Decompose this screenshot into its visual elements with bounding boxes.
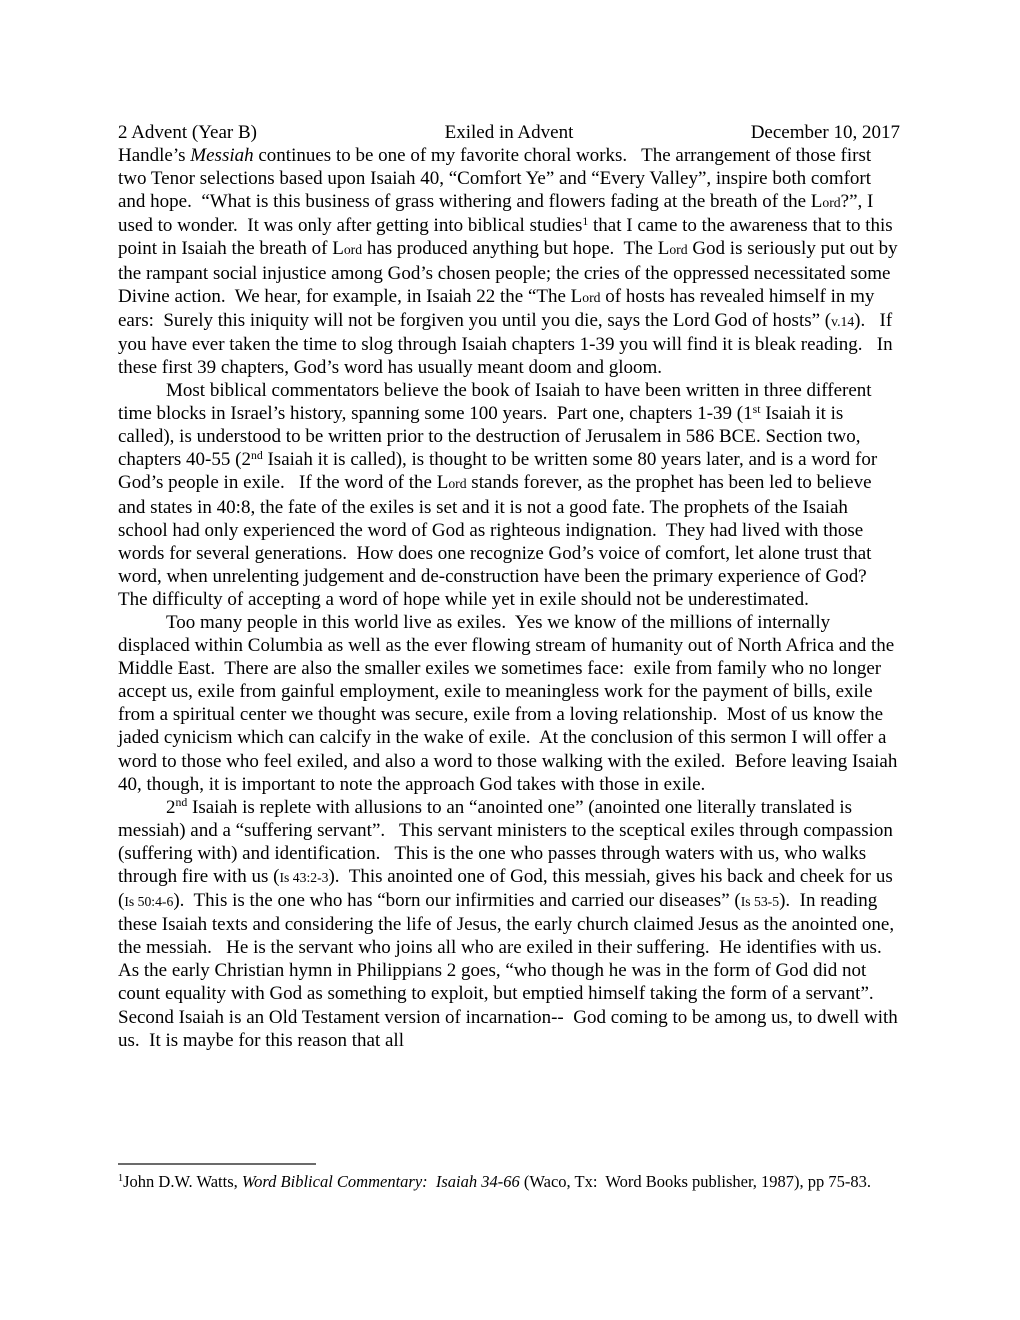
document-page: 2 Advent (Year B) Exiled in Advent Decem… (0, 0, 1020, 1320)
text-run: Too many people in this world live as ex… (118, 612, 902, 795)
text-run: ). In reading these Isaiah texts and con… (118, 890, 903, 1051)
header-date: December 10, 2017 (751, 121, 900, 144)
superscript-run: st (753, 403, 761, 416)
text-run: (Waco, Tx: Word Books publisher, 1987), … (520, 1172, 871, 1191)
document-header: 2 Advent (Year B) Exiled in Advent Decem… (118, 121, 900, 144)
document-body: 2 Advent (Year B) Exiled in Advent Decem… (118, 121, 900, 1052)
paragraph-2: Most biblical commentators believe the b… (118, 379, 900, 611)
text-run: Handle’s (118, 145, 190, 166)
superscript-run: 1 (118, 1173, 123, 1184)
text-run: ord (669, 242, 687, 257)
paragraph-1: Handle’s Messiah continues to be one of … (118, 144, 900, 379)
text-run: has produced anything but hope. The L (362, 238, 669, 259)
footnote-text: 1John D.W. Watts, Word Biblical Commenta… (118, 1172, 900, 1192)
text-run: ord (448, 476, 466, 491)
text-run: ). This is the one who has “born our inf… (173, 890, 740, 911)
text-run: John D.W. Watts, (123, 1172, 242, 1191)
text-run: 2 (166, 797, 176, 818)
text-run: ord (822, 195, 840, 210)
text-run: Is 53-5 (741, 894, 779, 909)
text-run: Word Biblical Commentary: Isaiah 34-66 (242, 1172, 520, 1191)
text-run: Messiah (190, 145, 253, 166)
superscript-run: nd (176, 796, 188, 809)
paragraph-3: Too many people in this world live as ex… (118, 611, 900, 796)
footnote-area: 1John D.W. Watts, Word Biblical Commenta… (118, 1163, 900, 1192)
text-run: ord (582, 290, 600, 305)
text-run: Is 43:2-3 (279, 870, 328, 885)
superscript-run: nd (251, 449, 263, 462)
text-run: ord (344, 242, 362, 257)
footnote-separator (118, 1163, 316, 1165)
superscript-run: 1 (582, 215, 588, 228)
text-run: v.14 (831, 314, 854, 329)
paragraph-4: 2nd Isaiah is replete with allusions to … (118, 796, 900, 1052)
text-run: Is 50:4-6 (124, 894, 173, 909)
